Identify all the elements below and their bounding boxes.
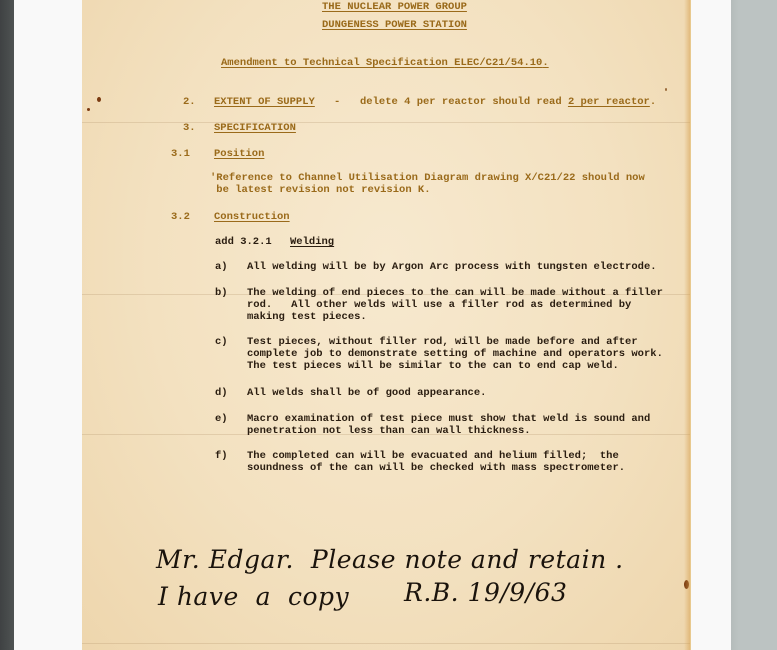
ink-spot (684, 580, 689, 589)
item-label-b: b) (215, 287, 228, 300)
amended-quantity: 2 per reactor (568, 96, 650, 108)
document-title: Amendment to Technical Specification ELE… (221, 57, 549, 70)
item-text-line: penetration not less than can wall thick… (247, 425, 531, 438)
ink-spot (97, 97, 101, 102)
handwritten-note-line-1: Mr. Edgar. Please note and retain . (156, 545, 624, 574)
window-left-edge (0, 0, 14, 650)
item-text-line: All welds shall be of good appearance. (247, 387, 486, 400)
spec-code: ELEC/C21/54.10 (454, 57, 542, 69)
item-label-e: e) (215, 413, 228, 426)
item-text-line: The test pieces will be similar to the c… (247, 360, 619, 373)
handwritten-note-line-2: I have a copy (158, 582, 349, 611)
handwritten-initials-date: R.B. 19/9/63 (404, 578, 567, 607)
paper-fold-line (82, 643, 690, 644)
item-text-line: All welding will be by Argon Arc process… (247, 261, 657, 274)
item-text-line: making test pieces. (247, 311, 367, 324)
item-text-line: soundness of the can will be checked wit… (247, 462, 625, 475)
item-label-c: c) (215, 336, 228, 349)
section-3-2-number: 3.2 (171, 211, 190, 224)
section-2-heading: EXTENT OF SUPPLY (214, 96, 315, 109)
section-3-1-heading: Position (214, 148, 264, 161)
section-3-heading: SPECIFICATION (214, 122, 296, 135)
paper-fold-line (82, 122, 690, 123)
welding-heading: Welding (290, 236, 334, 249)
section-3-2-heading: Construction (214, 211, 290, 224)
viewer-background (731, 0, 777, 650)
add-clause-prefix: add 3.2.1 (215, 236, 272, 249)
ink-spot (87, 108, 90, 111)
scanned-document-page: THE NUCLEAR POWER GROUP DUNGENESS POWER … (82, 0, 691, 650)
section-2-dash: - (334, 96, 340, 109)
section-3-1-text-line: be latest revision not revision K. (210, 184, 431, 197)
section-3-1-number: 3.1 (171, 148, 190, 161)
org-name: THE NUCLEAR POWER GROUP (322, 1, 467, 14)
ink-spot (665, 88, 667, 91)
section-2-number: 2. (183, 96, 196, 109)
station-name: DUNGENESS POWER STATION (322, 19, 467, 32)
item-label-a: a) (215, 261, 228, 274)
section-2-text: delete 4 per reactor should read 2 per r… (360, 96, 656, 109)
item-label-d: d) (215, 387, 228, 400)
section-3-number: 3. (183, 122, 196, 135)
item-label-f: f) (215, 450, 228, 463)
